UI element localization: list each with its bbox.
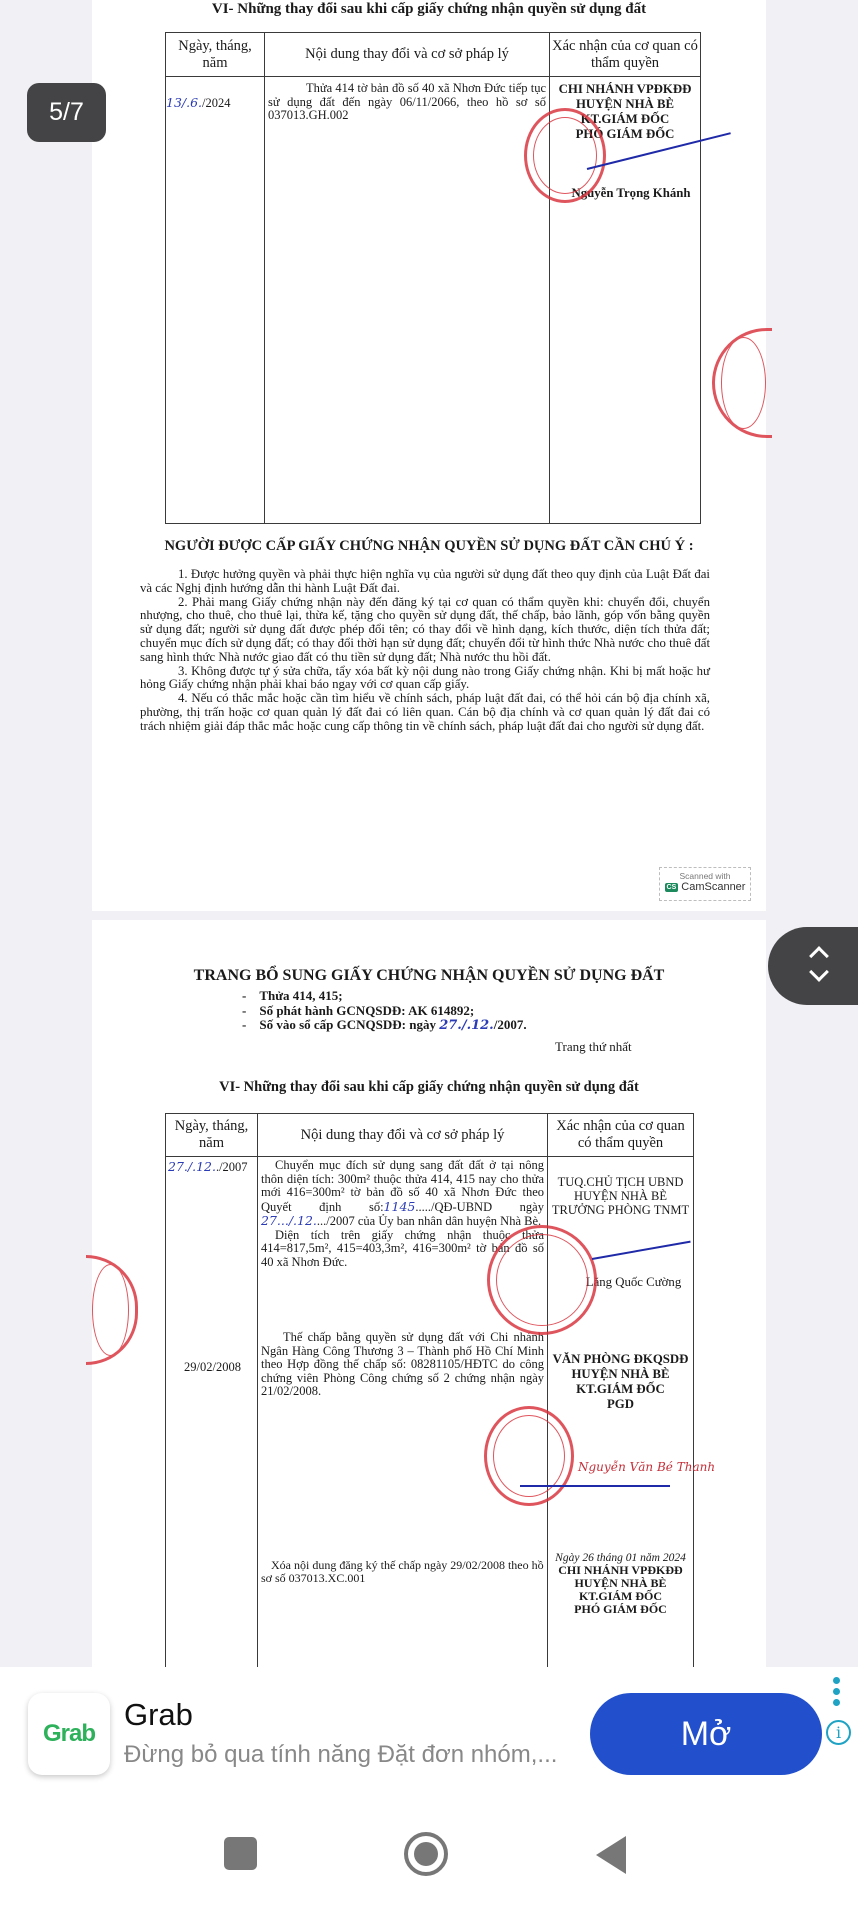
document-page-2: TRANG BỔ SUNG GIẤY CHỨNG NHẬN QUYỀN SỬ D… bbox=[92, 920, 766, 1668]
row-date: 13/.6./2024 bbox=[166, 77, 265, 524]
authority-line: CHI NHÁNH VPĐKĐĐ bbox=[550, 82, 700, 97]
document-page-1: VI- Những thay đổi sau khi cấp giấy chứn… bbox=[92, 0, 766, 911]
changes-table: Ngày, tháng, năm Nội dung thay đổi và cơ… bbox=[165, 1113, 694, 1668]
row-content-3: Xóa nội dung đăng ký thế chấp ngày 29/02… bbox=[261, 1559, 544, 1586]
row-content: Chuyển mục đích sử dụng sang đất đất ở t… bbox=[258, 1157, 548, 1669]
table-header-row: Ngày, tháng, năm Nội dung thay đổi và cơ… bbox=[166, 1114, 694, 1157]
note-item: 2. Phải mang Giấy chứng nhận này đến đăn… bbox=[140, 596, 710, 665]
ad-description[interactable]: Đừng bỏ qua tính năng Đặt đơn nhóm,... bbox=[124, 1741, 557, 1769]
ad-title[interactable]: Grab bbox=[124, 1697, 193, 1733]
red-seal-stamp bbox=[487, 1225, 597, 1335]
page-label: Trang thứ nhất bbox=[555, 1039, 632, 1055]
header-authority: Xác nhận của cơ quan có thẩm quyền bbox=[548, 1114, 694, 1157]
camscanner-watermark: Scanned with CSCamScanner bbox=[659, 867, 751, 901]
row-date-2: 29/02/2008 bbox=[168, 1360, 257, 1375]
row-date: 27./.12../2007 29/02/2008 bbox=[166, 1157, 258, 1669]
note-item: 3. Không được tự ý sửa chữa, tẩy xóa bất… bbox=[140, 665, 710, 693]
ad-banner[interactable]: Grab Grab Đừng bỏ qua tính năng Đặt đơn … bbox=[0, 1667, 858, 1795]
changes-table: Ngày, tháng, năm Nội dung thay đổi và cơ… bbox=[165, 32, 701, 524]
header-content: Nội dung thay đổi và cơ sở pháp lý bbox=[265, 33, 550, 77]
back-icon[interactable] bbox=[596, 1836, 626, 1874]
note-item: 1. Được hưởng quyền và phải thực hiện ng… bbox=[140, 568, 710, 596]
system-navigation-bar bbox=[0, 1795, 858, 1908]
red-seal-stamp bbox=[484, 1406, 574, 1506]
row-content-2: Thế chấp bằng quyền sử dụng đất với Chi … bbox=[261, 1331, 544, 1399]
detail-item: - Thửa 414, 415; bbox=[242, 989, 527, 1004]
recent-apps-icon[interactable] bbox=[224, 1837, 257, 1870]
camscanner-logo-icon: CS bbox=[665, 883, 679, 892]
header-date: Ngày, tháng, năm bbox=[166, 33, 265, 77]
page-navigation-pill[interactable] bbox=[768, 927, 858, 1005]
page-indicator: 5/7 bbox=[27, 83, 106, 142]
table-row: 27./.12../2007 29/02/2008 Chuyển mục đíc… bbox=[166, 1157, 694, 1669]
section-title: VI- Những thay đổi sau khi cấp giấy chứn… bbox=[92, 1, 766, 18]
header-date: Ngày, tháng, năm bbox=[166, 1114, 258, 1157]
header-authority: Xác nhận của cơ quan có thẩm quyền bbox=[550, 33, 701, 77]
edge-seal-stamp bbox=[86, 1255, 138, 1365]
certificate-details: - Thửa 414, 415; - Số phát hành GCNQSDĐ:… bbox=[242, 989, 527, 1034]
notes-title: NGƯỜI ĐƯỢC CẤP GIẤY CHỨNG NHẬN QUYỀN SỬ … bbox=[92, 538, 766, 555]
note-item: 4. Nếu có thắc mắc hoặc cần tìm hiểu về … bbox=[140, 692, 710, 733]
detail-item: - Số vào sổ cấp GCNQSDĐ: ngày 27./.12./2… bbox=[242, 1018, 527, 1034]
document-viewer[interactable]: VI- Những thay đổi sau khi cấp giấy chứn… bbox=[0, 0, 858, 1668]
table-header-row: Ngày, tháng, năm Nội dung thay đổi và cơ… bbox=[166, 33, 701, 77]
more-options-icon[interactable] bbox=[833, 1677, 841, 1711]
grab-app-icon[interactable]: Grab bbox=[28, 1693, 110, 1775]
notes-list: 1. Được hưởng quyền và phải thực hiện ng… bbox=[140, 568, 710, 734]
section-title: VI- Những thay đổi sau khi cấp giấy chứn… bbox=[92, 1079, 766, 1096]
page-title: TRANG BỔ SUNG GIẤY CHỨNG NHẬN QUYỀN SỬ D… bbox=[92, 967, 766, 985]
chevron-down-icon[interactable] bbox=[809, 962, 829, 982]
info-icon[interactable]: i bbox=[826, 1720, 851, 1745]
signer-name: Nguyễn Văn Bé Thanh bbox=[578, 1460, 693, 1474]
red-seal-stamp bbox=[524, 108, 606, 203]
open-app-button[interactable]: Mở bbox=[590, 1693, 822, 1775]
detail-item: - Số phát hành GCNQSDĐ: AK 614892; bbox=[242, 1004, 527, 1019]
signature-stroke bbox=[520, 1485, 670, 1487]
row-content: Thửa 414 tờ bản đồ số 40 xã Nhơn Đức tiế… bbox=[265, 77, 550, 524]
edge-seal-stamp bbox=[712, 328, 772, 438]
home-icon[interactable] bbox=[404, 1832, 448, 1876]
table-row: 13/.6./2024 Thửa 414 tờ bản đồ số 40 xã … bbox=[166, 77, 701, 524]
header-content: Nội dung thay đổi và cơ sở pháp lý bbox=[258, 1114, 548, 1157]
